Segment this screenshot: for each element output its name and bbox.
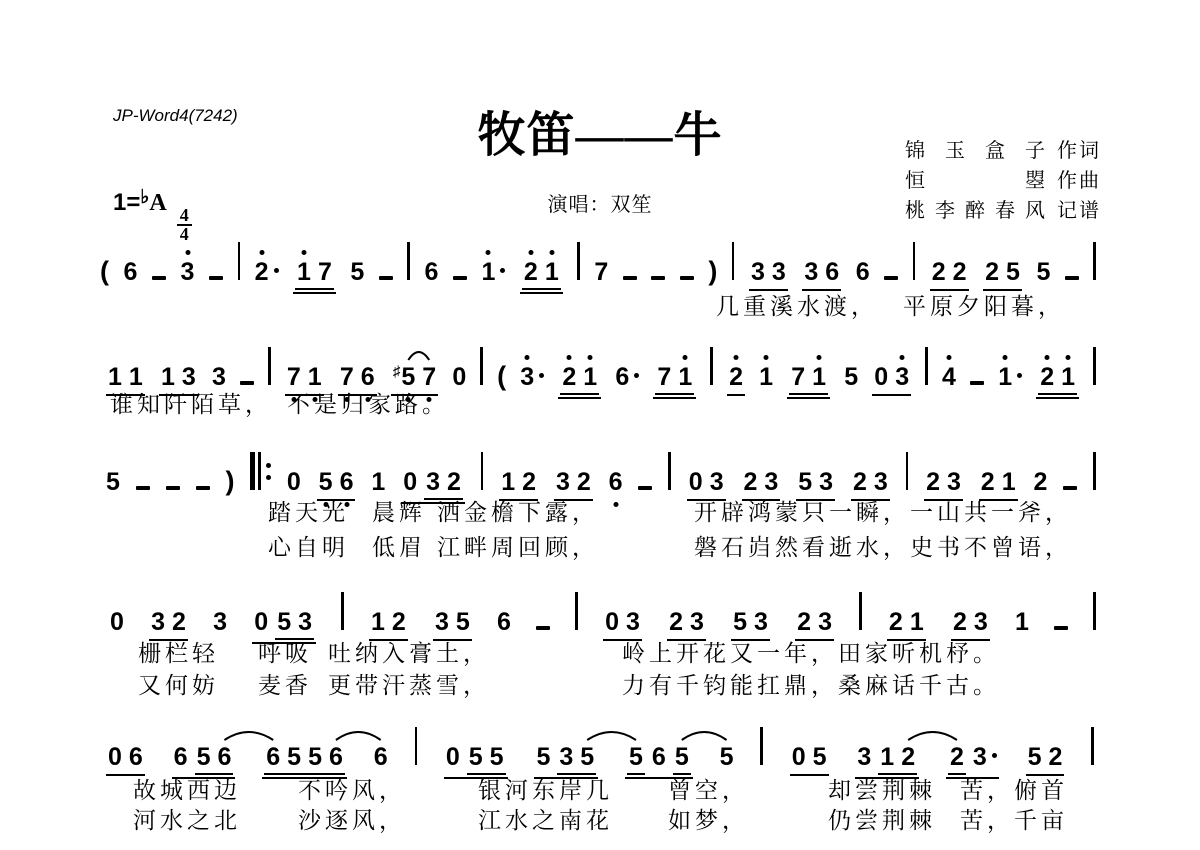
note: 5 bbox=[813, 743, 827, 772]
note: 1 bbox=[583, 363, 597, 392]
note-digit: 3 bbox=[213, 610, 227, 635]
note-digit: 2 bbox=[172, 610, 186, 635]
octave-dot-high bbox=[764, 355, 769, 360]
note: 1 bbox=[501, 468, 515, 497]
note-digit: 3 bbox=[182, 365, 196, 390]
note-digit: 2 bbox=[524, 260, 538, 285]
note-digit: 3 bbox=[710, 470, 724, 495]
lyric-row: 又何妨麦香更带汗蒸雪，力有千钧能扛鼎，桑麻话千古。 bbox=[0, 671, 1200, 703]
note-digit: 6 bbox=[266, 745, 280, 770]
note-digit: 5 bbox=[844, 365, 858, 390]
note-digit: 5 bbox=[629, 745, 643, 770]
note-digit: 3 bbox=[764, 470, 778, 495]
note: 1 bbox=[1002, 468, 1016, 497]
note-digit: 4 bbox=[942, 365, 956, 390]
beam-group: 12 bbox=[499, 468, 538, 501]
repeat-dots bbox=[266, 463, 271, 480]
barline bbox=[668, 452, 671, 490]
duration-dash bbox=[623, 276, 637, 280]
note: 2 bbox=[901, 743, 915, 772]
note-digit: 0 bbox=[254, 610, 268, 635]
note: 6 bbox=[652, 743, 666, 772]
lyric-segment: 江水之南花 bbox=[478, 806, 613, 836]
note: 3 bbox=[559, 743, 573, 772]
note-digit: 3 bbox=[556, 470, 570, 495]
note-digit: 1 bbox=[308, 365, 322, 390]
note-digit: 5 bbox=[580, 745, 594, 770]
lyric-segment: 踏天光 bbox=[268, 498, 349, 528]
note: 1 bbox=[1015, 608, 1029, 637]
note-digit: 2 bbox=[797, 610, 811, 635]
note: ♯5 bbox=[393, 363, 415, 392]
note: 7 bbox=[287, 363, 301, 392]
note: 3 bbox=[213, 608, 227, 637]
note: 2 bbox=[981, 468, 995, 497]
note: 5 bbox=[580, 743, 594, 772]
duration-dash bbox=[680, 276, 694, 280]
note: 1 bbox=[1061, 363, 1075, 392]
note: 1 bbox=[998, 363, 1022, 392]
note-digit: 6 bbox=[340, 470, 354, 495]
beam-group: 535 bbox=[534, 743, 598, 779]
note-digit: 7 bbox=[318, 260, 332, 285]
note: 3 bbox=[426, 468, 440, 497]
note-digit: 3 bbox=[626, 610, 640, 635]
note-digit: 1 bbox=[880, 745, 894, 770]
beam-group: 23 bbox=[795, 608, 834, 641]
note: 3 bbox=[690, 608, 704, 637]
beam-group: 312 bbox=[855, 743, 919, 779]
beam-group: 12 bbox=[878, 743, 917, 775]
barline bbox=[575, 592, 578, 630]
note: 5 bbox=[629, 743, 643, 772]
beam-group: 06 bbox=[106, 743, 145, 776]
octave-dot-high bbox=[817, 355, 822, 360]
lyric-segment: 江畔周回顾， bbox=[437, 533, 599, 563]
note-digit: 1 bbox=[759, 365, 773, 390]
note: 5 bbox=[350, 258, 364, 287]
note: 1 bbox=[371, 608, 385, 637]
note: 7 bbox=[318, 258, 332, 287]
note-digit: 1 bbox=[371, 470, 385, 495]
note-digit: 3 bbox=[754, 610, 768, 635]
note: 2 bbox=[562, 363, 576, 392]
sheet-music-page: JP-Word4(7242) 牧笛——牛 演唱：双笙 锦玉盒子 作词 恒曌 作曲… bbox=[0, 0, 1200, 850]
note-digit: 5 bbox=[319, 470, 333, 495]
barline bbox=[1093, 242, 1096, 280]
beam-group: 36 bbox=[802, 258, 841, 291]
barline bbox=[341, 592, 344, 630]
note-digit: 0 bbox=[874, 365, 888, 390]
octave-dot-high bbox=[1066, 355, 1071, 360]
barline bbox=[480, 347, 483, 385]
note-digit: 6 bbox=[856, 260, 870, 285]
lyric-row: 栅栏轻呼吸吐纳入膏土，岭上开花又一年，田家听机杼。 bbox=[0, 639, 1200, 671]
barline bbox=[913, 242, 916, 280]
note: 5 bbox=[1006, 258, 1020, 287]
note-digit: 5 bbox=[350, 260, 364, 285]
barline bbox=[577, 242, 580, 280]
duration-dash bbox=[152, 276, 166, 280]
note: 6 bbox=[174, 743, 188, 772]
octave-dot-high bbox=[683, 355, 688, 360]
note-digit: 2 bbox=[392, 610, 406, 635]
note-digit: 2 bbox=[932, 260, 946, 285]
note-digit: 3 bbox=[973, 745, 987, 770]
note-digit: 5 bbox=[287, 745, 301, 770]
note-digit: 2 bbox=[889, 610, 903, 635]
duration-dash bbox=[536, 626, 550, 630]
note-digit: 0 bbox=[110, 610, 124, 635]
note: 0 bbox=[874, 363, 888, 392]
note: 1 bbox=[545, 258, 559, 287]
note: 3 bbox=[751, 258, 765, 287]
augmentation-dot bbox=[500, 268, 505, 273]
note: 2 bbox=[255, 258, 279, 287]
note: 5 bbox=[844, 363, 858, 392]
barline bbox=[481, 452, 484, 490]
duration-dash bbox=[136, 486, 150, 490]
note-digit: 3 bbox=[857, 745, 871, 770]
note-digit: 2 bbox=[744, 470, 758, 495]
note: 2 bbox=[889, 608, 903, 637]
note-digit: 3 bbox=[426, 470, 440, 495]
note: 7 bbox=[340, 363, 354, 392]
note: 7 bbox=[422, 363, 436, 392]
note: 2 bbox=[1049, 743, 1063, 772]
note: 3 bbox=[895, 363, 909, 392]
note: 1 bbox=[108, 363, 122, 392]
note: 1 bbox=[812, 363, 826, 392]
note-digit: 3 bbox=[181, 260, 195, 285]
note: 0 bbox=[605, 608, 619, 637]
lyric-segment: 麦香 bbox=[258, 671, 312, 701]
octave-dot-high bbox=[1045, 355, 1050, 360]
music-line: 0323053123560323532321231 bbox=[110, 592, 1096, 644]
note: 1 bbox=[910, 608, 924, 637]
note-digit: 6 bbox=[609, 470, 623, 495]
note: 2 bbox=[926, 468, 940, 497]
beam-group: 23 bbox=[951, 608, 990, 641]
note-digit: 3 bbox=[298, 610, 312, 635]
note-digit: 5 bbox=[1028, 745, 1042, 770]
note-digit: 6 bbox=[497, 610, 511, 635]
beam-group: 5 bbox=[673, 743, 691, 775]
note: 3 bbox=[818, 608, 832, 637]
note: 0 bbox=[108, 743, 122, 772]
note: 5 bbox=[319, 468, 333, 497]
beam-group: 55 bbox=[467, 743, 506, 775]
note-digit: 5 bbox=[106, 470, 120, 495]
note-digit: 5 bbox=[308, 745, 322, 770]
note-digit: 2 bbox=[981, 470, 995, 495]
barline bbox=[760, 727, 763, 765]
note-digit: 3 bbox=[520, 365, 534, 390]
note: 7 bbox=[791, 363, 805, 392]
duration-dash bbox=[453, 276, 467, 280]
beam-group: 17 bbox=[293, 258, 336, 294]
note-digit: 3 bbox=[772, 260, 786, 285]
parenthesis: ) bbox=[708, 258, 717, 285]
note-digit: 1 bbox=[1061, 365, 1075, 390]
lyric-segment: 如梦， bbox=[668, 806, 749, 836]
note-digit: 6 bbox=[424, 260, 438, 285]
barline bbox=[407, 242, 410, 280]
note-digit: 3 bbox=[819, 470, 833, 495]
beam-group: 53 bbox=[275, 608, 314, 640]
note-digit: 2 bbox=[1034, 470, 1048, 495]
note-digit: 5 bbox=[277, 610, 291, 635]
duration-dash bbox=[970, 381, 984, 385]
note: 6 bbox=[129, 743, 143, 772]
duration-dash bbox=[379, 276, 393, 280]
note: 2 bbox=[1040, 363, 1054, 392]
repeat-thick-bar bbox=[250, 452, 255, 490]
note: 2 bbox=[669, 608, 683, 637]
note: 1 bbox=[481, 258, 505, 287]
barline bbox=[906, 452, 909, 490]
beam-group: 565 bbox=[625, 743, 693, 779]
note: 3 bbox=[857, 743, 871, 772]
note-digit: 7 bbox=[340, 365, 354, 390]
note-digit: 6 bbox=[174, 745, 188, 770]
note: 2 bbox=[985, 258, 999, 287]
note-digit: 0 bbox=[403, 470, 417, 495]
note: 6 bbox=[361, 363, 375, 392]
lyric-segment: 晨辉 bbox=[372, 498, 426, 528]
note-digit: 6 bbox=[124, 260, 138, 285]
note: 2 bbox=[797, 608, 811, 637]
note: 3 bbox=[626, 608, 640, 637]
barline bbox=[1093, 592, 1096, 630]
note-digit: 2 bbox=[901, 745, 915, 770]
note: 6 bbox=[497, 608, 511, 637]
repeat-thin-bar bbox=[258, 452, 261, 490]
lyric-row: 河水之北沙逐风，江水之南花如梦，仍尝荆棘苦，千亩 bbox=[0, 806, 1200, 838]
note: 3 bbox=[151, 608, 165, 637]
note: 6 bbox=[609, 468, 623, 497]
barline bbox=[238, 242, 241, 280]
note: 5 bbox=[733, 608, 747, 637]
note: 1 bbox=[297, 258, 311, 287]
octave-dot-high bbox=[946, 355, 951, 360]
music-line: 06656655660555355655053122352 bbox=[106, 727, 1094, 779]
note: 2 bbox=[932, 258, 946, 287]
note: 0 bbox=[403, 468, 417, 497]
note: 6 bbox=[825, 258, 839, 287]
note-digit: 3 bbox=[751, 260, 765, 285]
note-digit: 5 bbox=[490, 745, 504, 770]
lyric-segment: 岭上开花又一年，田家听机杼。 bbox=[622, 639, 1000, 669]
note-digit: 2 bbox=[953, 610, 967, 635]
note-digit: 5 bbox=[720, 745, 734, 770]
note-digit: 5 bbox=[1036, 260, 1050, 285]
note-digit: 1 bbox=[1002, 470, 1016, 495]
note: 5 bbox=[720, 743, 734, 772]
note-digit: 2 bbox=[522, 470, 536, 495]
note-digit: 1 bbox=[678, 365, 692, 390]
lyric-segment: 沙逐风， bbox=[298, 806, 406, 836]
note: 5 bbox=[287, 743, 301, 772]
beam-group: 32 bbox=[424, 468, 463, 500]
lyric-segment: 磐石岿然看逝水，史书不曾语， bbox=[694, 533, 1072, 563]
lyric-segment: 河水之北 bbox=[133, 806, 241, 836]
parenthesis: ( bbox=[100, 258, 109, 285]
note-digit: 3 bbox=[212, 365, 226, 390]
beam-group: 23 bbox=[742, 468, 781, 501]
note-digit: 0 bbox=[452, 365, 466, 390]
note-digit: 5 bbox=[469, 745, 483, 770]
note: 2 bbox=[953, 608, 967, 637]
note-digit: 1 bbox=[910, 610, 924, 635]
note-digit: 3 bbox=[804, 260, 818, 285]
repeat-dot bbox=[266, 475, 271, 480]
repeat-sign bbox=[250, 452, 271, 490]
duration-dash bbox=[1065, 276, 1079, 280]
note-digit: 3 bbox=[151, 610, 165, 635]
barline bbox=[1093, 347, 1096, 385]
note: 2 bbox=[447, 468, 461, 497]
octave-dot-high bbox=[549, 250, 554, 255]
duration-dash bbox=[651, 276, 665, 280]
note: 3 bbox=[556, 468, 570, 497]
note: 1 bbox=[759, 363, 773, 392]
note: 6 bbox=[856, 258, 870, 287]
note: 0 bbox=[287, 468, 301, 497]
note-digit: 0 bbox=[689, 470, 703, 495]
note-digit: 0 bbox=[792, 745, 806, 770]
beam-group: 2 bbox=[948, 743, 966, 775]
note-digit: 3 bbox=[818, 610, 832, 635]
beam-group: 56 bbox=[317, 468, 356, 501]
note: 6 bbox=[266, 743, 280, 772]
note-digit: 2 bbox=[729, 365, 743, 390]
barline bbox=[732, 242, 735, 280]
lyric-segment: 力有千钧能扛鼎，桑麻话千古。 bbox=[622, 671, 1000, 701]
beam-group: 05 bbox=[790, 743, 829, 776]
octave-dot-high bbox=[567, 355, 572, 360]
note: 6 bbox=[374, 743, 388, 772]
parenthesis: ) bbox=[226, 468, 235, 495]
note: 5 bbox=[456, 608, 470, 637]
lyric-row: 谁知阡陌草，不是归家路。 bbox=[0, 390, 1200, 422]
note: 2 bbox=[524, 258, 538, 287]
barline bbox=[268, 347, 271, 385]
note-digit: 3 bbox=[947, 470, 961, 495]
note-digit: 1 bbox=[108, 365, 122, 390]
note-digit: 1 bbox=[812, 365, 826, 390]
note: 2 bbox=[1034, 468, 1048, 497]
parenthesis: ( bbox=[497, 363, 506, 390]
note-digit: 1 bbox=[998, 365, 1012, 390]
note: 2 bbox=[950, 743, 964, 772]
note-digit: 1 bbox=[583, 365, 597, 390]
sharp-icon: ♯ bbox=[393, 363, 401, 380]
lyric-row: 几重溪水渡，平原夕阳暮， bbox=[0, 292, 1200, 324]
lyric-row: 心自明低眉江畔周回顾，磐石岿然看逝水，史书不曾语， bbox=[0, 533, 1200, 565]
lyric-segment: 平原夕阳暮， bbox=[903, 292, 1065, 322]
note: 0 bbox=[792, 743, 806, 772]
barline bbox=[1093, 452, 1096, 490]
duration-dash bbox=[1063, 486, 1077, 490]
beam-group: 03 bbox=[603, 608, 642, 641]
note: 3 bbox=[804, 258, 818, 287]
note-digit: 6 bbox=[374, 745, 388, 770]
note-digit: 1 bbox=[297, 260, 311, 285]
note: 3 bbox=[181, 258, 195, 287]
note: 2 bbox=[577, 468, 591, 497]
octave-dot-high bbox=[734, 355, 739, 360]
note-digit: 2 bbox=[926, 470, 940, 495]
beam-group: 21 bbox=[522, 258, 561, 290]
note-digit: 0 bbox=[605, 610, 619, 635]
note-digit: 6 bbox=[825, 260, 839, 285]
lyric-segment: 苦，千亩 bbox=[960, 806, 1068, 836]
note: 5 bbox=[106, 468, 120, 497]
note: 6 bbox=[217, 743, 231, 772]
duration-dash bbox=[166, 486, 180, 490]
note-digit: 3 bbox=[895, 365, 909, 390]
lyric-segment: 几重溪水渡， bbox=[716, 292, 878, 322]
note-digit: 2 bbox=[669, 610, 683, 635]
lyric-segment: 栅栏轻 bbox=[138, 639, 219, 669]
note: 2 bbox=[392, 608, 406, 637]
note: 2 bbox=[953, 258, 967, 287]
lyric-segment: 仍尝荆棘 bbox=[828, 806, 936, 836]
lyric-segment: 不吟风， bbox=[298, 776, 406, 806]
barline bbox=[859, 592, 862, 630]
barline bbox=[415, 727, 418, 765]
beam-group: 35 bbox=[557, 743, 596, 775]
note: 3 bbox=[212, 363, 226, 392]
note-digit: 6 bbox=[615, 365, 629, 390]
lyric-segment: 呼吸 bbox=[258, 639, 312, 669]
note-digit: 1 bbox=[481, 260, 495, 285]
beam-group: 25 bbox=[983, 258, 1022, 291]
lyric-segment: 银河东岸几 bbox=[478, 776, 613, 806]
note: 3 bbox=[973, 743, 997, 772]
note-digit: 5 bbox=[1006, 260, 1020, 285]
beam-group: 5 bbox=[627, 743, 645, 775]
note-digit: 3 bbox=[974, 610, 988, 635]
note: 1 bbox=[880, 743, 894, 772]
note: 1 bbox=[161, 363, 175, 392]
augmentation-dot bbox=[634, 373, 639, 378]
beam-group: 03 bbox=[687, 468, 726, 501]
note: 0 bbox=[689, 468, 703, 497]
note-digit: 5 bbox=[675, 745, 689, 770]
note: 3 bbox=[974, 608, 988, 637]
music-line: 5)0561032123260323532323212 bbox=[106, 452, 1096, 504]
note: 3 bbox=[819, 468, 833, 497]
beam-group: 23 bbox=[946, 743, 999, 779]
beam-group: 21 bbox=[887, 608, 926, 641]
beam-group: 32 bbox=[554, 468, 593, 501]
note: 6 bbox=[329, 743, 343, 772]
note-digit: 3 bbox=[690, 610, 704, 635]
note-digit: 3 bbox=[874, 470, 888, 495]
note-digit: 2 bbox=[562, 365, 576, 390]
beam-group: 22 bbox=[930, 258, 969, 291]
lyric-segment: 洒金檐下露， bbox=[437, 498, 599, 528]
note: 1 bbox=[678, 363, 692, 392]
lyric-row: 踏天光晨辉洒金檐下露，开辟鸿蒙只一瞬，一山共一斧， bbox=[0, 498, 1200, 530]
note-digit: 7 bbox=[287, 365, 301, 390]
note-digit: 5 bbox=[536, 745, 550, 770]
note: 3 bbox=[298, 608, 312, 637]
beam-group: 32 bbox=[149, 608, 188, 641]
lyric-segment: 又何妨 bbox=[138, 671, 219, 701]
